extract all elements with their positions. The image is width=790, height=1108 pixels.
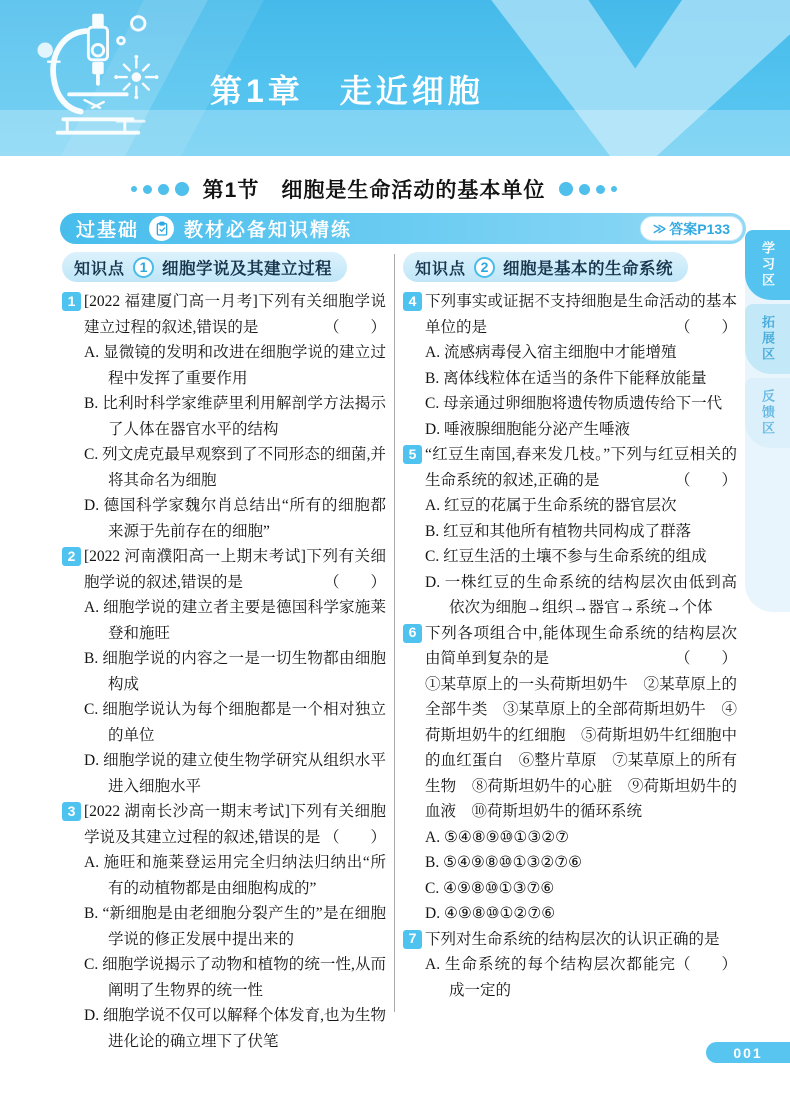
knowledge-point-number: 1 — [133, 257, 154, 278]
question-3: 3[2022 湖南长沙高一期末考试]下列有关细胞学说及其建立过程的叙述,错误的是… — [62, 799, 386, 1054]
answer-parens: （ ） — [675, 315, 737, 341]
page-number: 001 — [733, 1045, 762, 1061]
question-option: D. ④⑨⑧⑩①②⑦⑥ — [425, 901, 737, 927]
question-stem: 下列各项组合中,能体现生命系统的结构层次由简单到复杂的是（ ） — [425, 621, 737, 672]
question-items: ①某草原上的一头荷斯坦奶牛 ②某草原上的全部牛类 ③某草原上的全部荷斯坦奶牛 ④… — [425, 672, 737, 825]
question-stem: 下列事实或证据不支持细胞是生命活动的基本单位的是（ ） — [425, 289, 737, 340]
question-option: B. 红豆和其他所有植物共同构成了群落 — [425, 519, 737, 545]
dots-decoration-right — [559, 182, 617, 196]
question-option: C. ④⑨⑧⑩①③⑦⑥ — [425, 876, 737, 902]
microscope-icon — [24, 8, 170, 155]
question-1: 1[2022 福建厦门高一月考]下列有关细胞学说建立过程的叙述,错误的是（ ）A… — [62, 289, 386, 544]
question-7: 7下列对生命系统的结构层次的认识正确的是（ ）A. 生命系统的每个结构层次都能完… — [403, 927, 737, 1004]
column-divider — [394, 254, 395, 1012]
answer-link-label: 答案P133 — [669, 219, 730, 239]
question-option: B. ⑤④⑨⑧⑩①③②⑦⑥ — [425, 850, 737, 876]
question-option: A. ⑤④⑧⑨⑩①③②⑦ — [425, 825, 737, 851]
question-stem: “红豆生南国,春来发几枝。”下列与红豆相关的生命系统的叙述,正确的是（ ） — [425, 442, 737, 493]
dots-decoration-left — [131, 182, 189, 196]
question-6: 6下列各项组合中,能体现生命系统的结构层次由简单到复杂的是（ ）①某草原上的一头… — [403, 621, 737, 927]
question-option: C. 细胞学说认为每个细胞都是一个相对独立的单位 — [84, 697, 386, 748]
question-option: D. 一株红豆的生命系统的结构层次由低到高依次为细胞→组织→器官→系统→个体 — [425, 570, 737, 621]
question-source: [2022 湖南长沙高一期末考试] — [84, 803, 290, 820]
question-option: D. 德国科学家魏尔肖总结出“所有的细胞都来源于先前存在的细胞” — [84, 493, 386, 544]
side-tab-feedback[interactable]: 反馈区 — [745, 378, 790, 448]
banner-label: 过基础 — [76, 215, 139, 242]
left-column: 知识点1细胞学说及其建立过程1[2022 福建厦门高一月考]下列有关细胞学说建立… — [62, 252, 386, 1054]
question-number-badge: 2 — [62, 547, 81, 566]
question-number-badge: 4 — [403, 292, 422, 311]
answer-parens: （ ） — [675, 952, 737, 978]
question-number-badge: 7 — [403, 930, 422, 949]
answer-parens: （ ） — [324, 315, 386, 341]
question-source: [2022 河南濮阳高一上期末考试] — [84, 548, 306, 565]
workbook-page: 第1章 走近细胞 第1节 细胞是生命活动的基本单位 过基础 教材必备知识精练 ≫… — [0, 0, 790, 1108]
question-option: D. 唾液腺细胞能分泌产生唾液 — [425, 417, 737, 443]
chevrons-icon: ≫ — [653, 221, 667, 237]
question-option: B. “新细胞是由老细胞分裂产生的”是在细胞学说的修正发展中提出来的 — [84, 901, 386, 952]
answer-parens: （ ） — [675, 646, 737, 672]
question-option: A. 红豆的花属于生命系统的器官层次 — [425, 493, 737, 519]
knowledge-point-number: 2 — [474, 257, 495, 278]
question-number-badge: 1 — [62, 292, 81, 311]
question-option: A. 流感病毒侵入宿主细胞中才能增殖 — [425, 340, 737, 366]
question-option: C. 红豆生活的土壤不参与生命系统的组成 — [425, 544, 737, 570]
question-2: 2[2022 河南濮阳高一上期末考试]下列有关细胞学说的叙述,错误的是（ ）A.… — [62, 544, 386, 799]
knowledge-point-header: 知识点1细胞学说及其建立过程 — [62, 252, 347, 282]
question-option: A. 施旺和施莱登运用完全归纳法归纳出“所有的动植物都是由细胞构成的” — [84, 850, 386, 901]
right-column: 知识点2细胞是基本的生命系统4下列事实或证据不支持细胞是生命活动的基本单位的是（… — [403, 252, 737, 1003]
question-number-badge: 3 — [62, 802, 81, 821]
question-option: A. 细胞学说的建立者主要是德国科学家施莱登和施旺 — [84, 595, 386, 646]
question-4: 4下列事实或证据不支持细胞是生命活动的基本单位的是（ ）A. 流感病毒侵入宿主细… — [403, 289, 737, 442]
question-option: B. 细胞学说的内容之一是一切生物都由细胞构成 — [84, 646, 386, 697]
question-option: C. 母亲通过卵细胞将遗传物质遗传给下一代 — [425, 391, 737, 417]
question-option: C. 细胞学说揭示了动物和植物的统一性,从而阐明了生物界的统一性 — [84, 952, 386, 1003]
question-option: D. 细胞学说不仅可以解释个体发育,也为生物进化论的确立埋下了伏笔 — [84, 1003, 386, 1054]
side-tab-expand[interactable]: 拓展区 — [745, 304, 790, 374]
chapter-title: 第1章 走近细胞 — [210, 66, 484, 112]
knowledge-point-label: 知识点 — [74, 256, 125, 279]
knowledge-point-title: 细胞是基本的生命系统 — [503, 255, 673, 279]
question-number-badge: 6 — [403, 624, 422, 643]
question-option: C. 列文虎克最早观察到了不同形态的细菌,并将其命名为细胞 — [84, 442, 386, 493]
answer-parens: （ ） — [324, 570, 386, 596]
side-tabs: 学习区拓展区反馈区 — [745, 230, 790, 612]
question-number-badge: 5 — [403, 445, 422, 464]
answer-link[interactable]: ≫ 答案P133 — [640, 216, 743, 241]
answer-parens: （ ） — [324, 825, 386, 851]
knowledge-point-title: 细胞学说及其建立过程 — [162, 255, 332, 279]
clipboard-icon — [149, 216, 174, 241]
side-tab-study[interactable]: 学习区 — [745, 230, 790, 300]
banner-title: 教材必备知识精练 — [184, 215, 352, 242]
basics-banner: 过基础 教材必备知识精练 ≫ 答案P133 — [60, 213, 746, 244]
section-title-row: 第1节 细胞是生命活动的基本单位 — [0, 170, 748, 208]
answer-parens: （ ） — [675, 468, 737, 494]
question-5: 5“红豆生南国,春来发几枝。”下列与红豆相关的生命系统的叙述,正确的是（ ）A.… — [403, 442, 737, 621]
question-stem: [2022 河南濮阳高一上期末考试]下列有关细胞学说的叙述,错误的是（ ） — [84, 544, 386, 595]
knowledge-point-header: 知识点2细胞是基本的生命系统 — [403, 252, 688, 282]
knowledge-point-label: 知识点 — [415, 256, 466, 279]
question-stem: [2022 福建厦门高一月考]下列有关细胞学说建立过程的叙述,错误的是（ ） — [84, 289, 386, 340]
question-stem: [2022 湖南长沙高一期末考试]下列有关细胞学说及其建立过程的叙述,错误的是（… — [84, 799, 386, 850]
question-option: D. 细胞学说的建立使生物学研究从组织水平进入细胞水平 — [84, 748, 386, 799]
question-option: B. 离体线粒体在适当的条件下能释放能量 — [425, 366, 737, 392]
question-source: [2022 福建厦门高一月考] — [84, 293, 258, 310]
question-option: A. 显微镜的发明和改进在细胞学说的建立过程中发挥了重要作用 — [84, 340, 386, 391]
chapter-header: 第1章 走近细胞 — [0, 0, 790, 156]
page-number-badge: 001 — [706, 1042, 790, 1063]
question-stem: 下列对生命系统的结构层次的认识正确的是（ ） — [425, 927, 737, 953]
question-option: B. 比利时科学家维萨里利用解剖学方法揭示了人体在器官水平的结构 — [84, 391, 386, 442]
section-title: 第1节 细胞是生命活动的基本单位 — [203, 174, 546, 204]
